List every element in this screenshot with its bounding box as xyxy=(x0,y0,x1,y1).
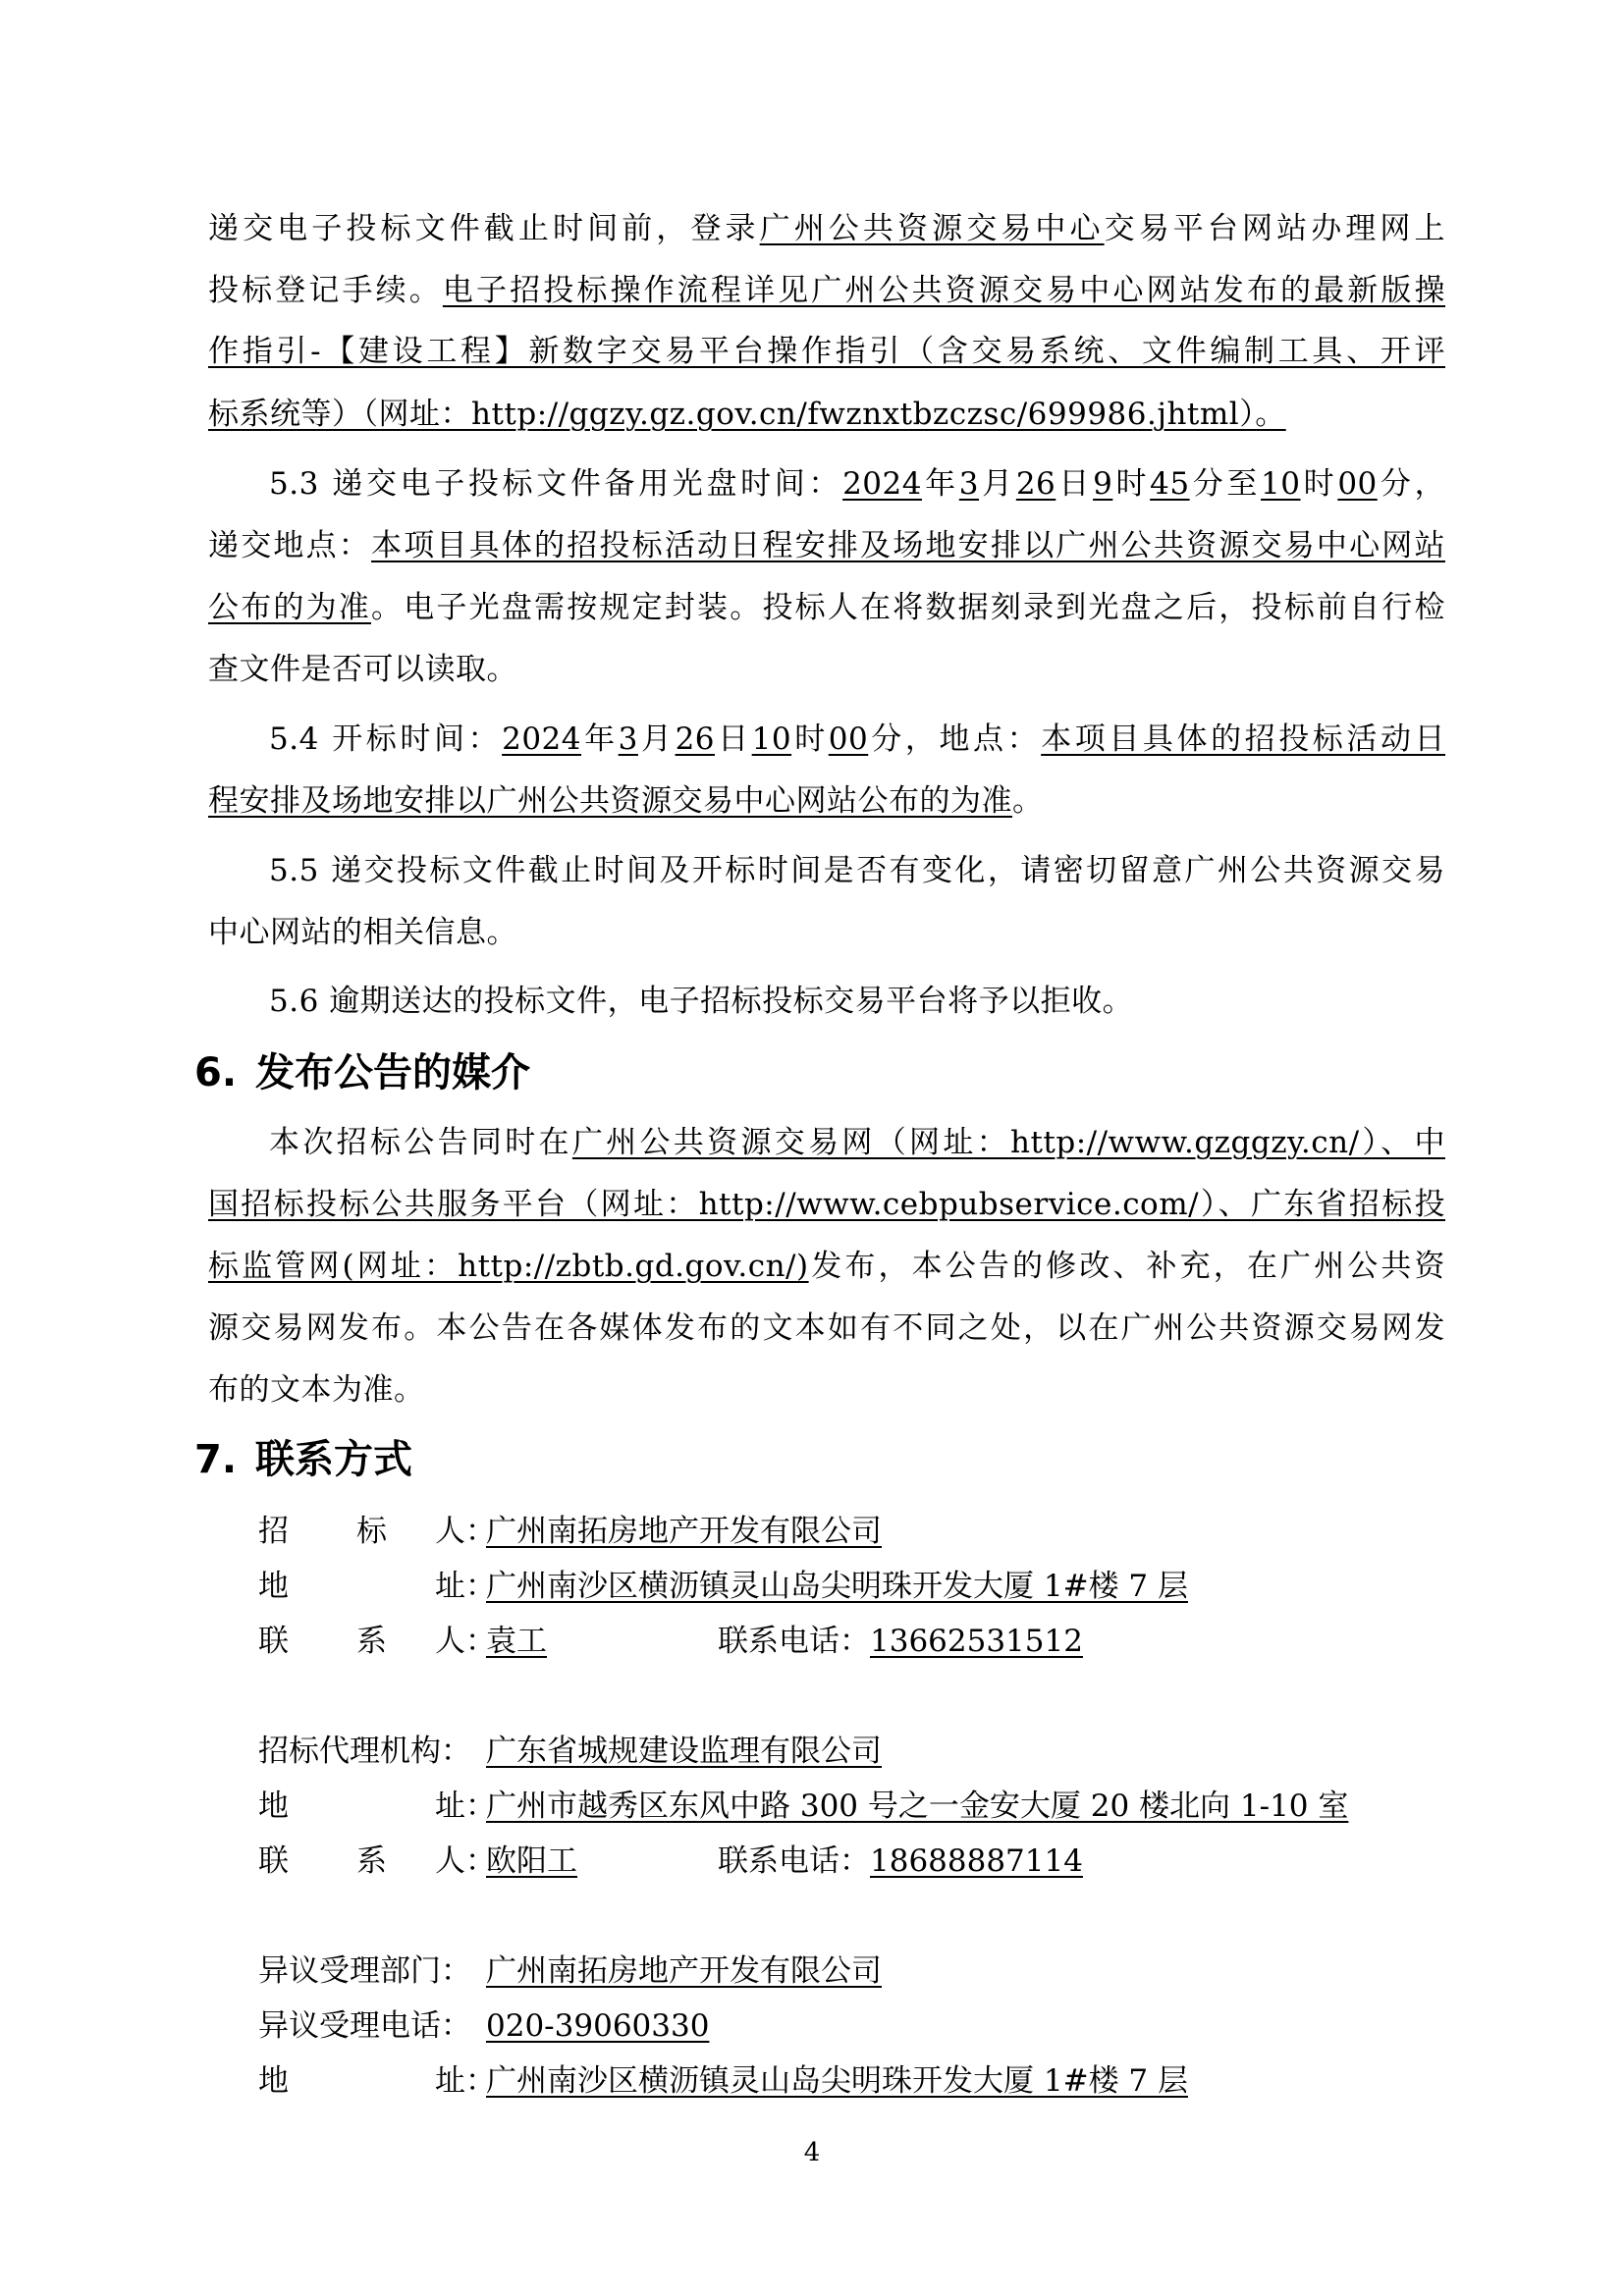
paragraph-line: 本次招标公告同时在广州公共资源交易网（网址：http://www.gzggzy.… xyxy=(208,1123,1445,1162)
underlined-text: 电子招投标操作流程详见广州公共资源交易中心网站发布的最新版操 xyxy=(443,273,1445,308)
agency-contact-name: 欧阳工 xyxy=(486,1843,577,1879)
objection-address: 广州南沙区横沥镇灵山岛尖明珠开发大厦 1#楼 7 层 xyxy=(486,2063,1188,2099)
section-number: 6. xyxy=(194,1048,255,1097)
section-heading-7: 7.联系方式 xyxy=(194,1435,412,1484)
url-text: 标系统等）（网址：http://ggzy.gz.gov.cn/fwznxtbzc… xyxy=(208,397,1286,432)
objection-phone-label: 异议受理电话： xyxy=(258,2006,486,2046)
paragraph-line: 国招标投标公共服务平台（网址：http://www.cebpubservice.… xyxy=(208,1185,1445,1224)
objection-dept: 广州南拓房地产开发有限公司 xyxy=(486,1953,882,1989)
agency-label: 招标代理机构： xyxy=(258,1732,486,1771)
paragraph-line: 公布的为准。电子光盘需按规定封装。投标人在将数据刻录到光盘之后，投标前自行检 xyxy=(208,588,1445,627)
section-title: 发布公告的媒介 xyxy=(255,1050,530,1095)
text: 发布，本公告的修改、补充，在广州公共资 xyxy=(809,1249,1445,1284)
phone-label: 联系电话： xyxy=(718,1843,870,1879)
paragraph-line: 标监管网(网址：http://zbtb.gd.gov.cn/)发布，本公告的修改… xyxy=(208,1247,1445,1286)
paragraph-line: 作指引-【建设工程】新数字交易平台操作指引（含交易系统、文件编制工具、开评 xyxy=(208,332,1445,371)
text: 分，地点： xyxy=(868,721,1041,757)
text: 年 xyxy=(581,721,619,757)
underlined-text: 广州公共资源交易中心 xyxy=(760,211,1105,246)
agency-name: 广东省城规建设监理有限公司 xyxy=(486,1734,882,1769)
page-number: 4 xyxy=(0,2138,1624,2167)
paragraph-line: 递交电子投标文件截止时间前，登录广州公共资源交易中心交易平台网站办理网上 xyxy=(208,209,1445,248)
hour: 10 xyxy=(1261,466,1300,502)
objection-address-row: 地址：广州南沙区横沥镇灵山岛尖明珠开发大厦 1#楼 7 层 xyxy=(258,2061,1188,2101)
text: 月 xyxy=(638,721,676,757)
paragraph-5-5-line-1: 5.5 递交投标文件截止时间及开标时间是否有变化，请密切留意广州公共资源交易 xyxy=(208,851,1445,890)
day: 26 xyxy=(676,721,715,757)
contact-label: 联系人： xyxy=(258,1622,486,1661)
paragraph-5-3-line-1: 5.3 递交电子投标文件备用光盘时间：2024年3月26日9时45分至10时00… xyxy=(208,464,1445,504)
underlined-text: 标监管网(网址：http://zbtb.gd.gov.cn/) xyxy=(208,1249,809,1284)
text: 分至 xyxy=(1190,466,1261,502)
hour: 9 xyxy=(1093,466,1112,502)
contact-label: 联系人： xyxy=(258,1842,486,1881)
hour: 10 xyxy=(752,721,791,757)
text: 时 xyxy=(1301,466,1338,502)
underlined-text: 程安排及场地安排以广州公共资源交易中心网站公布的为准 xyxy=(208,783,1012,819)
paragraph-line: 布的文本为准。 xyxy=(208,1370,1445,1410)
label-char: 系 xyxy=(356,1622,435,1661)
text: 本次招标公告同时在 xyxy=(269,1125,572,1160)
paragraph-line: 查文件是否可以读取。 xyxy=(208,650,1445,689)
tenderer-label: 招标人： xyxy=(258,1512,486,1551)
agency-address-row: 地址：广州市越秀区东风中路 300 号之一金安大厦 20 楼北向 1-10 室 xyxy=(258,1787,1348,1826)
agency-row: 招标代理机构：广东省城规建设监理有限公司 xyxy=(258,1732,882,1771)
text: 递交地点： xyxy=(208,528,371,563)
day: 26 xyxy=(1016,466,1056,502)
label-char: 地 xyxy=(258,1787,435,1826)
tenderer-name: 广州南拓房地产开发有限公司 xyxy=(486,1514,882,1549)
paragraph-line: 程安排及场地安排以广州公共资源交易中心网站公布的为准。 xyxy=(208,781,1445,821)
address-label: 地址： xyxy=(258,1787,486,1826)
agency-phone: 18688887114 xyxy=(870,1843,1083,1879)
paragraph-line: 递交地点：本项目具体的招投标活动日程安排及场地安排以广州公共资源交易中心网站 xyxy=(208,526,1445,565)
section-number: 7. xyxy=(194,1435,255,1484)
label-char: 联 xyxy=(258,1622,356,1661)
text: 。 xyxy=(1012,783,1044,819)
text: 5.4 开标时间： xyxy=(269,721,502,757)
year: 2024 xyxy=(502,721,581,757)
objection-phone-row: 异议受理电话：020-39060330 xyxy=(258,2006,709,2046)
section-heading-6: 6.发布公告的媒介 xyxy=(194,1048,530,1097)
paragraph-line: 投标登记手续。电子招投标操作流程详见广州公共资源交易中心网站发布的最新版操 xyxy=(208,271,1445,310)
tenderer-contact-row: 联系人：袁工联系电话：13662531512 xyxy=(258,1622,1083,1661)
tenderer-row: 招标人：广州南拓房地产开发有限公司 xyxy=(258,1512,882,1551)
address-label: 地址： xyxy=(258,2061,486,2101)
label-char: 招 xyxy=(258,1512,356,1551)
text: 分， xyxy=(1378,466,1445,502)
text: 日 xyxy=(715,721,752,757)
text: 交易平台网站办理网上 xyxy=(1105,211,1445,246)
tenderer-contact-name: 袁工 xyxy=(486,1624,547,1659)
text: 年 xyxy=(922,466,959,502)
text: 时 xyxy=(791,721,829,757)
underlined-text: 广州公共资源交易网（网址：http://www.gzggzy.cn/）、中 xyxy=(572,1125,1445,1160)
contact-name-cell: 欧阳工 xyxy=(486,1842,718,1881)
paragraph-5-4-line-1: 5.4 开标时间：2024年3月26日10时00分，地点：本项目具体的招投标活动… xyxy=(208,720,1445,759)
label-char: 标 xyxy=(356,1512,435,1551)
text: 投标登记手续。 xyxy=(208,273,443,308)
text: 。电子光盘需按规定封装。投标人在将数据刻录到光盘之后，投标前自行检 xyxy=(371,590,1445,625)
tenderer-address-row: 地址：广州南沙区横沥镇灵山岛尖明珠开发大厦 1#楼 7 层 xyxy=(258,1567,1188,1606)
objection-dept-row: 异议受理部门：广州南拓房地产开发有限公司 xyxy=(258,1951,882,1991)
label-char: 地 xyxy=(258,2061,435,2101)
agency-address: 广州市越秀区东风中路 300 号之一金安大厦 20 楼北向 1-10 室 xyxy=(486,1789,1348,1824)
section-title: 联系方式 xyxy=(255,1437,412,1482)
objection-phone: 020-39060330 xyxy=(486,2008,709,2044)
tenderer-phone: 13662531512 xyxy=(870,1624,1083,1659)
phone-label: 联系电话： xyxy=(718,1624,870,1659)
underlined-text: 本项目具体的招投标活动日程安排及场地安排以广州公共资源交易中心网站 xyxy=(371,528,1445,563)
text: 时 xyxy=(1112,466,1150,502)
month: 3 xyxy=(619,721,638,757)
paragraph-5-6: 5.6 逾期送达的投标文件，电子招标投标交易平台将予以拒收。 xyxy=(208,982,1445,1021)
label-char: 联 xyxy=(258,1842,356,1881)
paragraph-line: 中心网站的相关信息。 xyxy=(208,913,1445,952)
paragraph-line: 标系统等）（网址：http://ggzy.gz.gov.cn/fwznxtbzc… xyxy=(208,395,1445,434)
objection-dept-label: 异议受理部门： xyxy=(258,1951,486,1991)
contact-name-cell: 袁工 xyxy=(486,1622,718,1661)
minute: 00 xyxy=(829,721,868,757)
label-char: 地 xyxy=(258,1567,435,1606)
paragraph-line: 源交易网发布。本公告在各媒体发布的文本如有不同之处，以在广州公共资源交易网发 xyxy=(208,1308,1445,1348)
address-label: 地址： xyxy=(258,1567,486,1606)
minute: 00 xyxy=(1337,466,1377,502)
label-char: 系 xyxy=(356,1842,435,1881)
text: 日 xyxy=(1056,466,1093,502)
agency-contact-row: 联系人：欧阳工联系电话：18688887114 xyxy=(258,1842,1083,1881)
tenderer-address: 广州南沙区横沥镇灵山岛尖明珠开发大厦 1#楼 7 层 xyxy=(486,1569,1188,1604)
month: 3 xyxy=(959,466,979,502)
minute: 45 xyxy=(1150,466,1189,502)
document-page: 递交电子投标文件截止时间前，登录广州公共资源交易中心交易平台网站办理网上 投标登… xyxy=(0,0,1624,2296)
year: 2024 xyxy=(842,466,922,502)
underlined-text: 公布的为准 xyxy=(208,590,371,625)
underlined-text: 本项目具体的招投标活动日 xyxy=(1041,721,1445,757)
text: 递交电子投标文件截止时间前，登录 xyxy=(208,211,760,246)
text: 月 xyxy=(979,466,1016,502)
text: 5.3 递交电子投标文件备用光盘时间： xyxy=(269,466,842,502)
